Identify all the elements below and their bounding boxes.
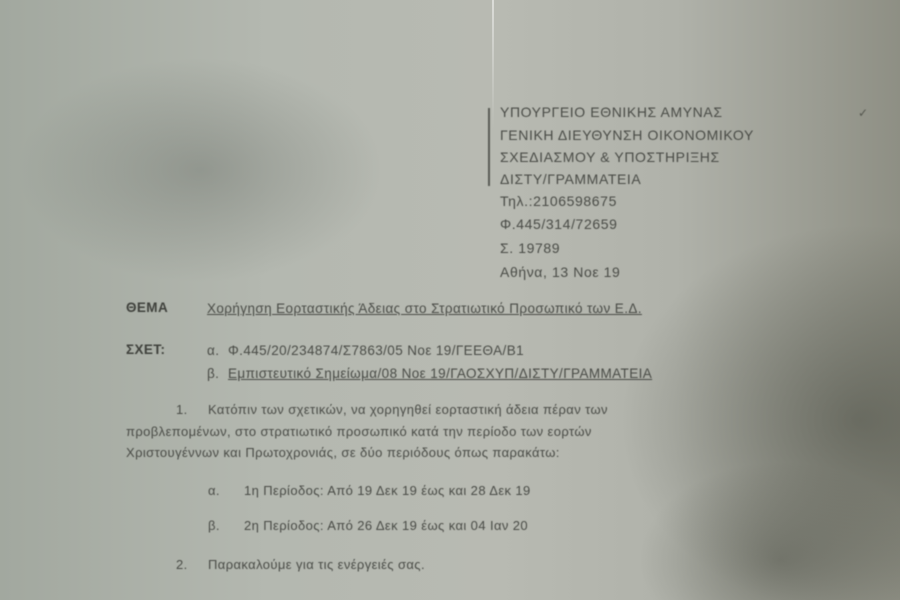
paragraph-line: Χριστουγέννων και Πρωτοχρονιάς, σε δύο π… <box>126 445 560 460</box>
header-line: ΣΧΕΔΙΑΣΜΟΥ & ΥΠΟΣΤΗΡΙΞΗΣ <box>500 149 720 165</box>
paragraph-number: 1. <box>176 402 188 417</box>
header-line: ΓΕΝΙΚΗ ΔΙΕΥΘΥΝΣΗ ΟΙΚΟΝΟΜΙΚΟΥ <box>500 127 754 143</box>
subject-text: Χορήγηση Εορταστικής Άδειας στο Στρατιωτ… <box>207 301 642 316</box>
phone-number: Τηλ.:2106598675 <box>500 193 617 209</box>
closing-line: Παρακαλούμε για τις ενέργειές σας. <box>208 557 425 572</box>
document-date: Αθήνα, 13 Νοε 19 <box>500 264 620 280</box>
file-reference: Φ.445/314/72659 <box>500 216 618 232</box>
header-line: ΔΙΣΤΥ/ΓΡΑΜΜΑΤΕΙΑ <box>500 171 641 187</box>
reference-label: ΣΧΕΤ: <box>126 342 165 357</box>
period-item: 2η Περίοδος: Από 26 Δεκ 19 έως και 04 Ια… <box>244 518 528 533</box>
header-line: ΥΠΟΥΡΓΕΙΟ ΕΘΝΙΚΗΣ ΑΜΥΝΑΣ <box>500 104 723 120</box>
paragraph-line: Κατόπιν των σχετικών, να χορηγηθεί εορτα… <box>208 402 608 417</box>
serial-number: Σ. 19789 <box>500 240 560 256</box>
period-item: 1η Περίοδος: Από 19 Δεκ 19 έως και 28 Δε… <box>244 483 531 498</box>
document-photo: ✓ ΥΠΟΥΡΓΕΙΟ ΕΘΝΙΚΗΣ ΑΜΥΝΑΣ ΓΕΝΙΚΗ ΔΙΕΥΘΥ… <box>0 0 900 600</box>
period-marker: α. <box>208 483 220 498</box>
paragraph-number: 2. <box>176 557 188 572</box>
reference-item: Εμπιστευτικό Σημείωμα/08 Νοε 19/ΓΑΟΣΧΥΠ/… <box>228 366 652 381</box>
subject-label: ΘΕΜΑ <box>126 300 168 315</box>
reference-marker: α. <box>207 343 219 358</box>
period-marker: β. <box>208 518 220 533</box>
header-bracket <box>488 108 493 186</box>
reference-marker: β. <box>207 366 219 381</box>
reference-item: Φ.445/20/234874/Σ7863/05 Νοε 19/ΓΕΕΘΑ/Β1 <box>228 343 524 358</box>
check-mark-icon: ✓ <box>858 106 868 120</box>
paragraph-line: προβλεπομένων, στο στρατιωτικό προσωπικό… <box>126 424 592 439</box>
